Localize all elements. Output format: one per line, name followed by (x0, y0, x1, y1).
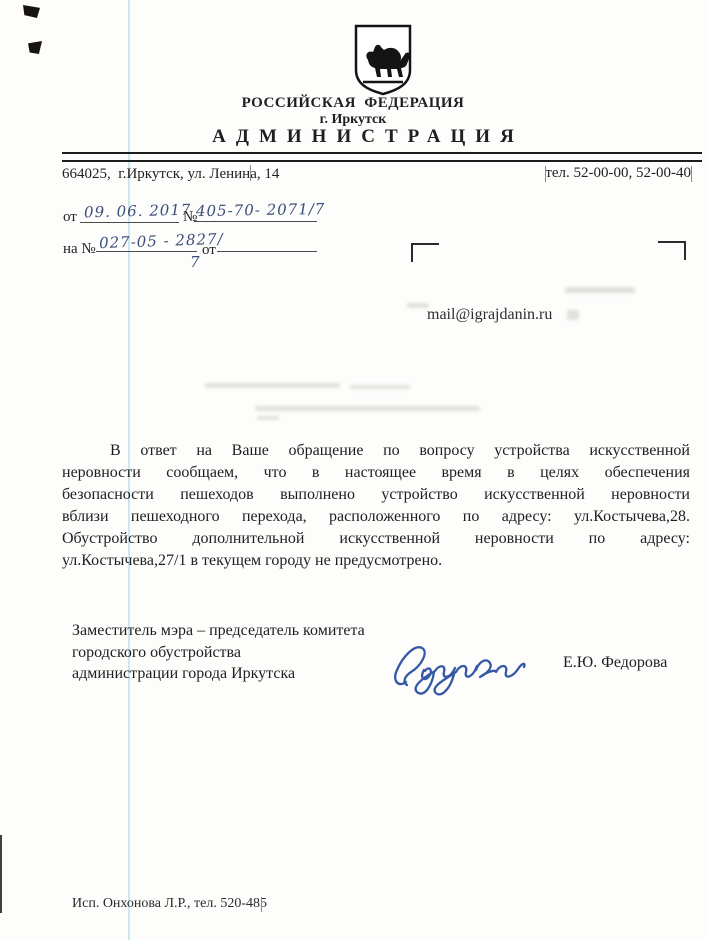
signer-position-block: Заместитель мэра – председатель комитета… (72, 620, 422, 685)
sender-phone: тел. 52-00-00, 52-00-40 (545, 165, 691, 182)
scan-tick (261, 897, 262, 912)
body-line: ул.Костычева,27/1 в текущем городу не пр… (62, 550, 690, 572)
address-zone-bracket-left (411, 243, 439, 262)
signer-name: Е.Ю. Федорова (563, 654, 667, 672)
scan-tick (691, 166, 692, 182)
address-zone-bracket-right (658, 241, 686, 260)
scan-edge-shadow (0, 835, 2, 913)
irkutsk-coat-of-arms-icon (354, 24, 412, 96)
erased-text-smudge (257, 416, 279, 420)
scan-corner-mark (23, 5, 40, 18)
reply-number-label: на № (63, 241, 96, 258)
reply-number-handwritten-suffix: 7 (190, 253, 201, 271)
body-line: Обустройство дополнительной искусственно… (62, 528, 690, 550)
scanned-letter-page: РОССИЙСКАЯ ФЕДЕРАЦИЯ г. Иркутск АДМИНИСТ… (0, 0, 706, 940)
reply-date-underline (217, 251, 317, 252)
signer-position-line: администрации города Иркутска (72, 663, 422, 685)
date-field-underline (80, 222, 179, 223)
sender-address: 664025, г.Иркутск, ул. Ленина, 14 (62, 166, 279, 183)
header-country: РОССИЙСКАЯ ФЕДЕРАЦИЯ (0, 95, 706, 112)
date-field-handwritten-value: 09. 06. 2017 (84, 201, 192, 222)
erased-text-smudge (407, 303, 429, 308)
letter-body: В ответ на Ваше обращение по вопросу уст… (62, 440, 690, 572)
body-line: безопасности пешеходов выполнено устройс… (62, 484, 690, 506)
recipient-email: mail@igrajdanin.ru (427, 306, 552, 324)
scan-tick (250, 165, 251, 181)
erased-text-smudge (350, 385, 410, 389)
reply-date-label: от (202, 242, 216, 259)
scan-corner-mark (28, 41, 42, 54)
handwritten-signature: Федорова (388, 636, 533, 698)
body-line: вблизи пешеходного перехода, расположенн… (62, 506, 690, 528)
date-field-label: от (63, 209, 77, 226)
erased-text-smudge (205, 383, 340, 388)
signer-position-line: Заместитель мэра – председатель комитета (72, 620, 422, 642)
erased-text-smudge (565, 287, 635, 293)
reply-number-underline (96, 251, 197, 252)
header-organization: АДМИНИСТРАЦИЯ (30, 126, 706, 148)
header-double-rule (62, 152, 702, 162)
body-line: неровности сообщаем, что в настоящее вре… (62, 462, 690, 484)
number-field-underline (194, 221, 317, 222)
body-line: В ответ на Ваше обращение по вопросу уст… (62, 440, 690, 462)
executor-note: Исп. Онхонова Л.Р., тел. 520-485 (72, 896, 267, 912)
signer-position-line: городского обустройства (72, 642, 422, 664)
scan-tick (545, 166, 546, 182)
erased-text-smudge (567, 310, 579, 320)
erased-text-smudge (255, 406, 480, 411)
number-field-handwritten-value: 405-70- 2071/7 (196, 200, 326, 220)
